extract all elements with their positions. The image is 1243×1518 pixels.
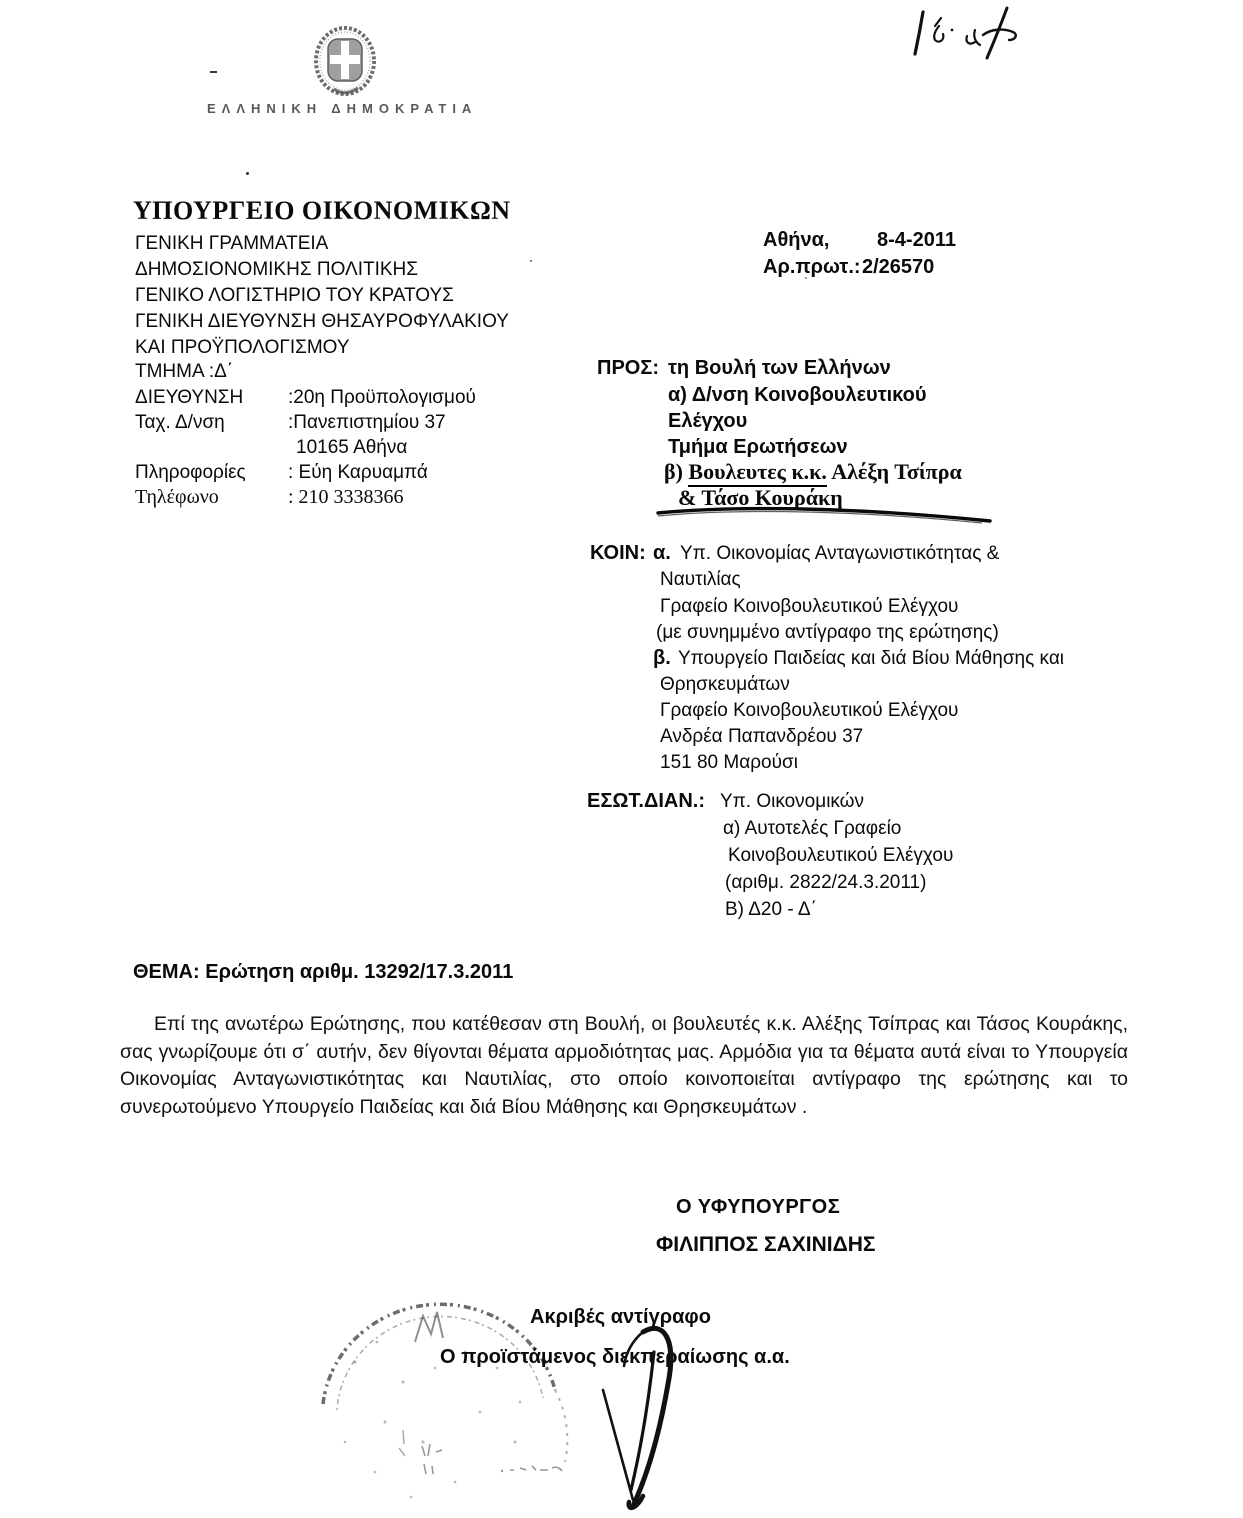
ministry-title: ΥΠΟΥΡΓΕΙΟ ΟΙΚΟΝΟΜΙΚΩΝ <box>133 196 511 226</box>
field-value: 10165 Αθήνα <box>296 437 407 459</box>
greek-republic-emblem-icon <box>314 25 376 99</box>
scan-speck <box>530 260 532 262</box>
internal-dist-line: α) Αυτοτελές Γραφείο <box>723 818 901 840</box>
cc-item-a-marker: α. <box>653 542 671 565</box>
internal-dist-line: Κοινοβουλευτικού Ελέγχου <box>728 845 953 867</box>
cc-line: Υπουργείο Παιδείας και διά Βίου Μάθησης … <box>678 648 1064 670</box>
cc-line: (με συνημμένο αντίγραφο της ερώτησης) <box>656 622 999 644</box>
subject-text: Ερώτηση αριθμ. 13292/17.3.2011 <box>205 961 513 983</box>
field-value: : Εύη Καρυαμπά <box>288 462 428 484</box>
recipients-label: ΠΡΟΣ: <box>597 357 659 380</box>
scanned-letter-page: ΕΛΛΗΝΙΚΗ ΔΗΜΟΚΡΑΤΙΑ 1634 ΥΠΟΥΡΓΕΙΟ ΟΙΚΟΝ… <box>0 0 1243 1518</box>
scan-speck <box>246 172 249 175</box>
field-value: : 210 3338366 <box>288 486 404 509</box>
scan-speck <box>805 277 807 279</box>
scan-artifact-marks <box>410 1438 650 1493</box>
field-label: Πληροφορίες <box>135 462 246 484</box>
field-label: ΔΙΕΥΘΥΝΣΗ <box>135 387 243 409</box>
field-value: :20η Προϋπολογισμού <box>288 387 476 409</box>
cc-line: 151 80 Μαρούσι <box>660 752 798 774</box>
protocol-number: 2/26570 <box>862 256 934 279</box>
sender-line: ΓΕΝΙΚΟ ΛΟΓΙΣΤΗΡΙΟ ΤΟΥ ΚΡΑΤΟΥΣ <box>135 285 454 307</box>
sender-line: ΓΕΝΙΚΗ ΓΡΑΜΜΑΤΕΙΑ <box>135 233 328 255</box>
item-b-prefix: β) <box>664 459 683 484</box>
internal-dist-line: (αριθμ. 2822/24.3.2011) <box>725 872 926 894</box>
field-label: Τηλέφωνο <box>135 486 219 509</box>
subject-label: ΘΕΜΑ: <box>133 961 200 983</box>
cc-line: Υπ. Οικονομίας Ανταγωνιστικότητας & <box>680 543 999 565</box>
cc-label: ΚΟΙΝ: <box>590 542 646 565</box>
cc-line: Γραφείο Κοινοβουλευτικού Ελέγχου <box>660 700 958 722</box>
signatory-name: ΦΙΛΙΠΠΟΣ ΣΑΧΙΝΙΔΗΣ <box>656 1233 876 1257</box>
sender-line: ΤΜΗΜΑ :Δ΄ <box>135 361 233 383</box>
sender-line: ΔΗΜΟΣΙΟΝΟΜΙΚΗΣ ΠΟΛΙΤΙΚΗΣ <box>135 259 418 281</box>
sender-line: ΓΕΝΙΚΗ ΔΙΕΥΘΥΝΣΗ ΘΗΣΑΥΡΟΦΥΛΑΚΙΟΥ <box>135 311 509 333</box>
item-b-rest: Αλέξη Τσίπρα <box>831 459 962 484</box>
signatory-title: Ο ΥΦΥΠΟΥΡΓΟΣ <box>676 1196 840 1219</box>
emblem-caption: ΕΛΛΗΝΙΚΗ ΔΗΜΟΚΡΑΤΙΑ <box>207 101 477 116</box>
city-label: Αθήνα, <box>763 229 829 252</box>
cc-item-b-marker: β. <box>653 647 671 670</box>
field-value: :Πανεπιστημίου 37 <box>288 412 446 434</box>
recipients-line: α) Δ/νση Κοινοβουλευτικού <box>668 384 927 407</box>
handwritten-number: 1634 <box>895 2 1045 64</box>
recipients-line: τη Βουλή των Ελλήνων <box>668 357 891 380</box>
date-value: 8-4-2011 <box>877 229 956 252</box>
body-paragraph: Επί της ανωτέρω Ερώτησης, που κατέθεσαν … <box>120 1011 1128 1121</box>
internal-dist-label: ΕΣΩΤ.ΔΙΑΝ.: <box>587 790 705 813</box>
field-label: Ταχ. Δ/νση <box>135 412 225 434</box>
internal-dist-line: Υπ. Οικονομικών <box>720 791 864 813</box>
recipients-line: Τμήμα Ερωτήσεων <box>668 436 848 459</box>
protocol-label: Αρ.πρωτ.: <box>763 256 861 279</box>
recipients-line: Ελέγχου <box>668 410 747 433</box>
cc-line: Θρησκευμάτων <box>660 674 790 696</box>
subject-line: ΘΕΜΑ: Ερώτηση αριθμ. 13292/17.3.2011 <box>133 961 513 984</box>
recipients-line-deputies: β) Βουλευτες κ.κ. Αλέξη Τσίπρα <box>664 459 962 485</box>
sender-line: ΚΑΙ ΠΡΟΫΠΟΛΟΓΙΣΜΟΥ <box>135 337 350 359</box>
hand-underline-stroke <box>652 502 997 528</box>
cc-line: Ναυτιλίας <box>660 569 741 591</box>
cc-line: Ανδρέα Παπανδρέου 37 <box>660 726 863 748</box>
internal-dist-line: Β) Δ20 - Δ΄ <box>725 899 817 921</box>
scan-speck <box>210 71 217 73</box>
cc-line: Γραφείο Κοινοβουλευτικού Ελέγχου <box>660 596 958 618</box>
item-b-underlined: Βουλευτες κ.κ. <box>688 459 826 487</box>
